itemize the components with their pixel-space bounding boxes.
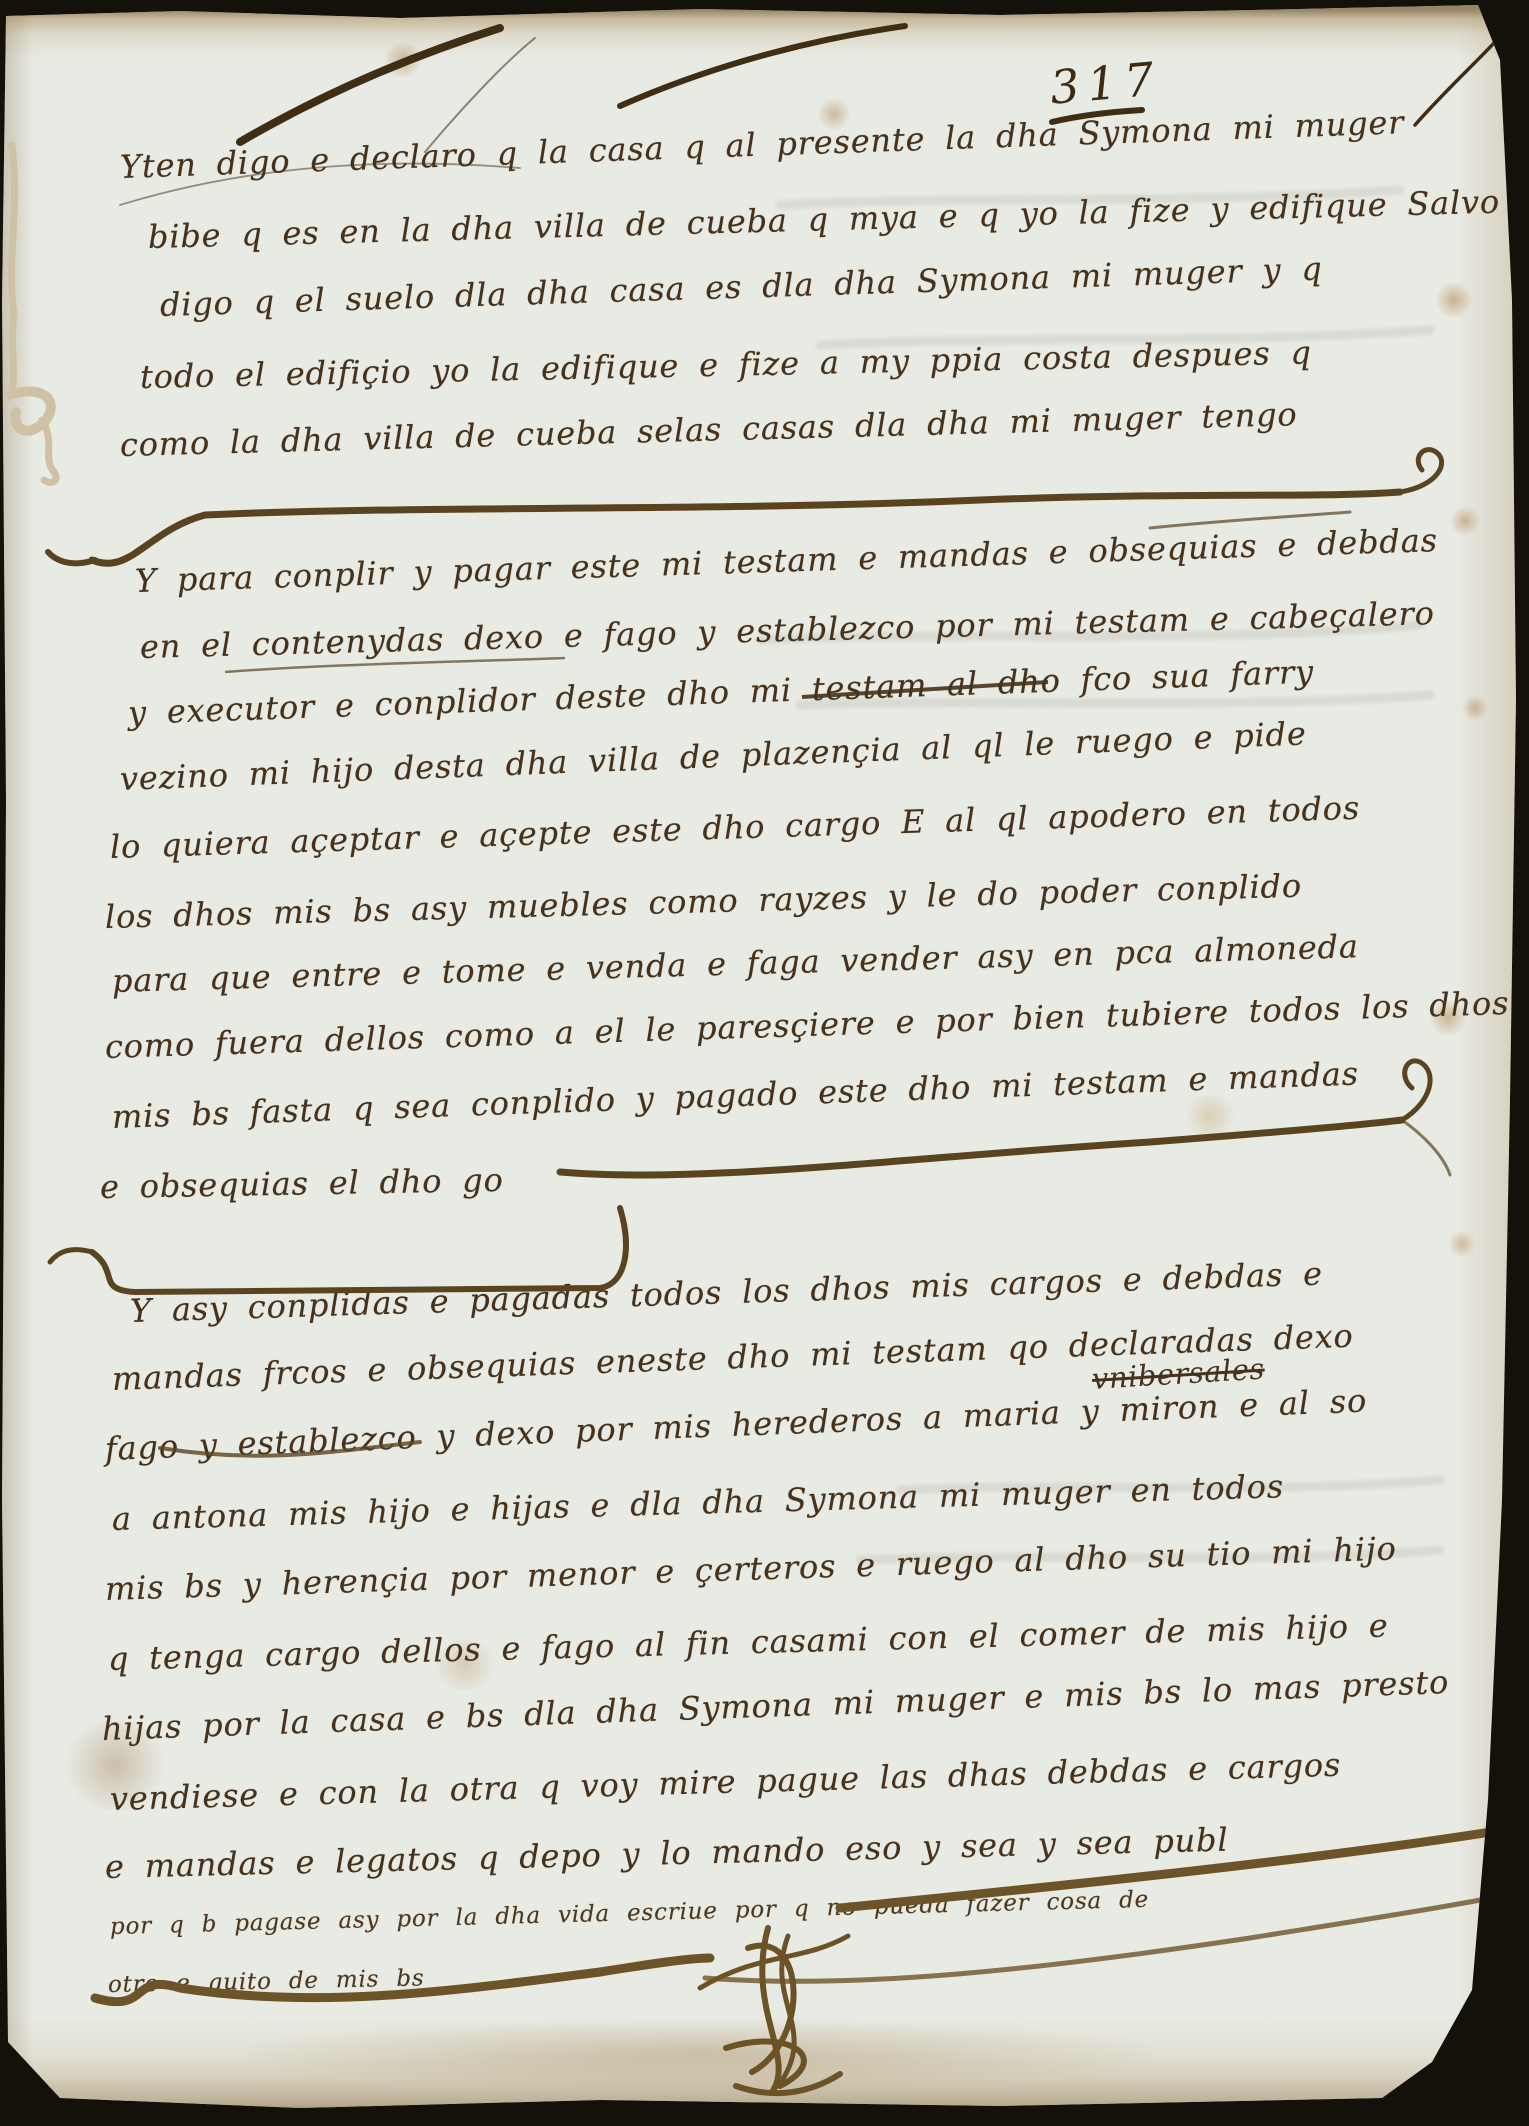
manuscript-line: vendiese e con la otra q voy mire pague … xyxy=(109,1746,1341,1818)
manuscript-line: Yten digo e declaro q la casa q al prese… xyxy=(119,103,1405,186)
foxing-stain xyxy=(1180,1095,1240,1137)
manuscript-line: lo quiera açeptar e açepte este dho carg… xyxy=(109,789,1360,866)
manuscript-line: e obsequias el dho go xyxy=(100,1161,504,1206)
manuscript-line: como fuera dellos como a el le paresçier… xyxy=(104,984,1509,1066)
manuscript-line: mis bs y herençia por menor e çerteros e… xyxy=(104,1529,1397,1608)
deckle-edge-top xyxy=(0,0,1529,58)
manuscript-line: como la dha villa de cueba selas casas d… xyxy=(120,395,1298,464)
binding-edge-left xyxy=(0,0,40,2126)
manuscript-line: e mandas e legatos q depo y lo mando eso… xyxy=(105,1821,1229,1886)
deckle-edge-right xyxy=(1439,0,1529,2126)
manuscript-line: Y asy conplidas e pagadas todos los dhos… xyxy=(129,1255,1323,1330)
manuscript-line: fago y establezco y dexo por mis hereder… xyxy=(104,1382,1367,1468)
manuscript-line: mis bs fasta q sea conplido y pagado est… xyxy=(111,1054,1359,1136)
manuscript-line: digo q el suelo dla dha casa es dla dha … xyxy=(159,249,1323,324)
manuscript-line: q tenga cargo dellos e fago al fin casam… xyxy=(108,1606,1389,1678)
manuscript-line: bibe q es en la dha villa de cueba q mya… xyxy=(148,183,1501,256)
manuscript-line: todo el edifiçio yo la edifique e fize a… xyxy=(140,333,1313,396)
manuscript-line: para que entre e tome e venda e faga ven… xyxy=(111,927,1359,1000)
manuscript-line: a antona mis hijo e hijas e dla dha Symo… xyxy=(111,1467,1284,1538)
manuscript-page: 317 Yten digo e declaro q la casa q al p… xyxy=(0,0,1529,2126)
manuscript-line: vezino mi hijo desta dha villa de plazen… xyxy=(119,714,1307,798)
manuscript-line: otro e quito de mis bs xyxy=(108,1965,425,1998)
manuscript-line: Y para conplir y pagar este mi testam e … xyxy=(134,521,1438,600)
manuscript-line: por q b pagase asy por la dha vida escri… xyxy=(110,1887,1150,1940)
photograph-backdrop: { "page": { "number": "317", "kind": "ha… xyxy=(0,0,1529,2126)
page-number: 317 xyxy=(1048,51,1164,115)
deckle-edge-bottom xyxy=(0,2016,1529,2126)
manuscript-line: hijas por la casa e bs dla dha Symona mi… xyxy=(101,1663,1449,1748)
manuscript-line: los dhos mis bs asy muebles como rayzes … xyxy=(105,867,1303,936)
